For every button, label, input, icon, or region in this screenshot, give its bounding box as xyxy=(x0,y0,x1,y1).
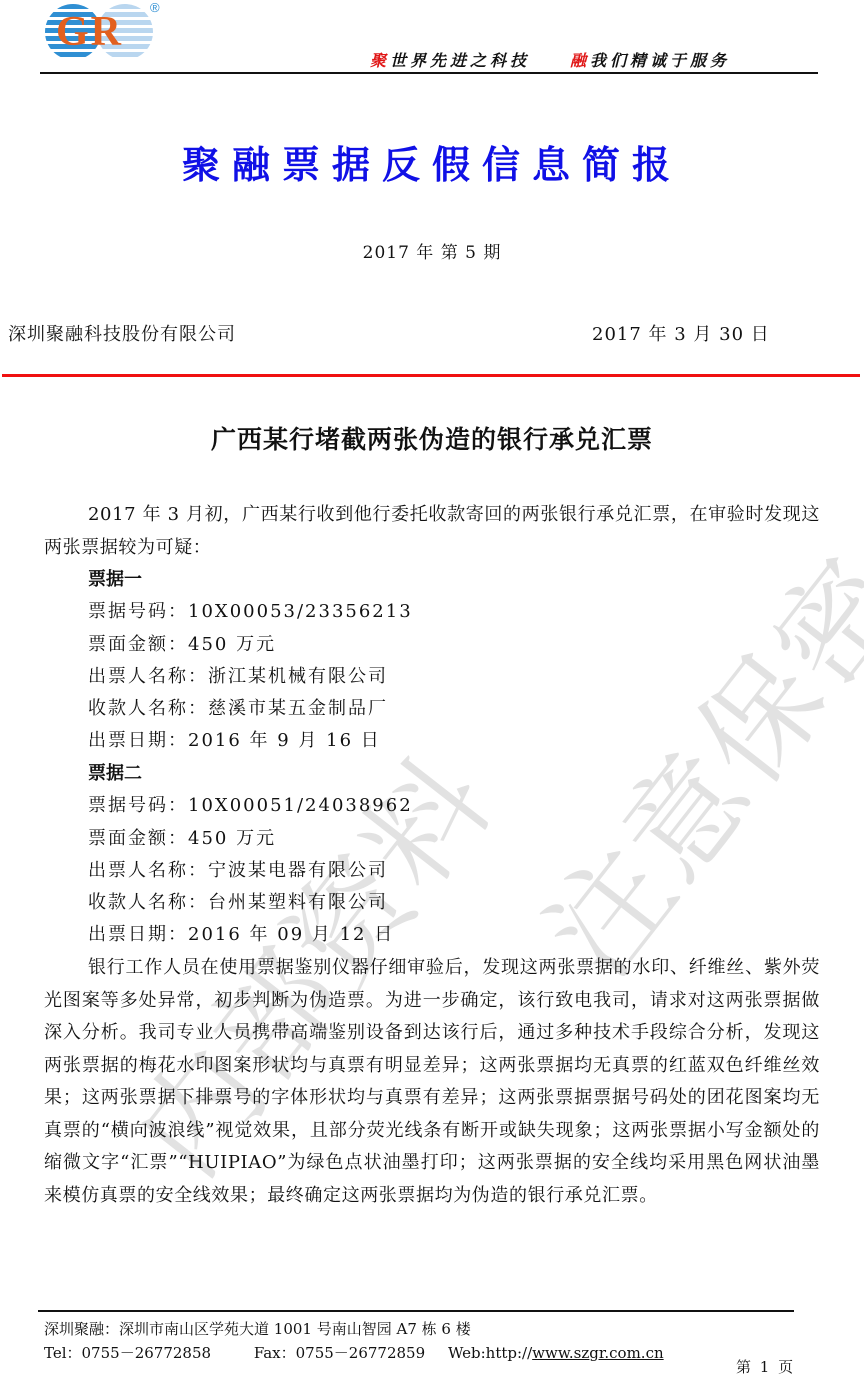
field-label: 票据号码： xyxy=(88,601,188,622)
field-label: 出票日期： xyxy=(88,924,188,945)
article-title: 广西某行堵截两张伪造的银行承兑汇票 xyxy=(0,420,864,456)
footer-fax: Fax：0755－26772859 xyxy=(254,1342,425,1363)
website-link[interactable]: www.szgr.com.cn xyxy=(532,1344,663,1362)
ticket-date: 2016 年 9 月 16 日 xyxy=(188,730,381,751)
ticket-block-2: 票据二 票据号码：10X00051/24038962 票面金额：450 万元 出… xyxy=(88,758,413,952)
ticket-drawer-row: 出票人名称：宁波某电器有限公司 xyxy=(88,855,413,887)
footer-tel: Tel：0755－26772858 xyxy=(44,1342,211,1363)
slogan-left-accent: 聚 xyxy=(370,51,390,70)
ticket-number: 10X00053/23356213 xyxy=(188,601,413,622)
ticket-payee: 慈溪市某五金制品厂 xyxy=(208,698,388,719)
footer-web: Web:http://www.szgr.com.cn xyxy=(448,1344,664,1362)
slogan-right-accent: 融 xyxy=(570,51,590,70)
field-label: 票面金额： xyxy=(88,634,188,655)
ticket-date-row: 出票日期：2016 年 9 月 16 日 xyxy=(88,725,413,757)
header-divider xyxy=(40,72,818,74)
footer-address: 深圳聚融：深圳市南山区学苑大道 1001 号南山智园 A7 栋 6 楼 xyxy=(44,1318,471,1339)
footer-divider xyxy=(38,1310,794,1312)
ticket-date: 2016 年 09 月 12 日 xyxy=(188,924,394,945)
logo-text: GR xyxy=(56,12,123,52)
ticket-amount-row: 票面金额：450 万元 xyxy=(88,629,413,661)
publisher-name: 深圳聚融科技股份有限公司 xyxy=(8,320,236,346)
header-slogan: 聚世界先进之科技融我们精诚于服务 xyxy=(370,48,730,71)
article-analysis: 银行工作人员在使用票据鉴别仪器仔细审验后，发现这两张票据的水印、纤维丝、紫外荧光… xyxy=(44,952,820,1212)
field-label: 票据号码： xyxy=(88,795,188,816)
masthead-red-divider xyxy=(2,374,860,377)
field-label: 出票人名称： xyxy=(88,666,208,687)
ticket-block-1: 票据一 票据号码：10X00053/23356213 票面金额：450 万元 出… xyxy=(88,564,413,758)
ticket-drawer: 宁波某电器有限公司 xyxy=(208,860,388,881)
field-label: 收款人名称： xyxy=(88,698,208,719)
ticket-number-row: 票据号码：10X00053/23356213 xyxy=(88,596,413,628)
bulletin-title: 聚融票据反假信息简报 xyxy=(0,134,864,189)
ticket-drawer: 浙江某机械有限公司 xyxy=(208,666,388,687)
document-page: 内部资料 注意保密 GR ® 聚世界先进之科技融我们精诚于服务 聚融票据反假信息… xyxy=(0,0,864,1378)
registered-mark-icon: ® xyxy=(150,0,160,15)
footer-contact: Tel：0755－26772858 Fax：0755－26772859 Web:… xyxy=(44,1342,664,1363)
field-label: 票面金额： xyxy=(88,828,188,849)
ticket-payee: 台州某塑料有限公司 xyxy=(208,892,388,913)
slogan-left: 世界先进之科技 xyxy=(390,51,530,70)
page-number: 第 1 页 xyxy=(736,1356,795,1377)
article-intro: 2017 年 3 月初，广西某行收到他行委托收款寄回的两张银行承兑汇票，在审验时… xyxy=(44,499,820,564)
ticket-number-row: 票据号码：10X00051/24038962 xyxy=(88,790,413,822)
ticket-number: 10X00051/24038962 xyxy=(188,795,413,816)
watermark-confidential: 注意保密 xyxy=(500,515,864,1004)
company-logo: GR ® xyxy=(42,2,162,68)
ticket-date-row: 出票日期：2016 年 09 月 12 日 xyxy=(88,919,413,951)
ticket-payee-row: 收款人名称：台州某塑料有限公司 xyxy=(88,887,413,919)
ticket-amount: 450 万元 xyxy=(188,634,276,655)
ticket-heading: 票据二 xyxy=(88,758,413,790)
ticket-payee-row: 收款人名称：慈溪市某五金制品厂 xyxy=(88,693,413,725)
slogan-right: 我们精诚于服务 xyxy=(590,51,730,70)
ticket-drawer-row: 出票人名称：浙江某机械有限公司 xyxy=(88,661,413,693)
ticket-heading: 票据一 xyxy=(88,564,413,596)
publish-date: 2017 年 3 月 30 日 xyxy=(592,320,770,346)
field-label: 收款人名称： xyxy=(88,892,208,913)
issue-number: 2017 年 第 5 期 xyxy=(0,238,864,263)
ticket-amount-row: 票面金额：450 万元 xyxy=(88,823,413,855)
field-label: 出票日期： xyxy=(88,730,188,751)
ticket-amount: 450 万元 xyxy=(188,828,276,849)
field-label: 出票人名称： xyxy=(88,860,208,881)
web-prefix: Web:http:// xyxy=(448,1344,532,1362)
